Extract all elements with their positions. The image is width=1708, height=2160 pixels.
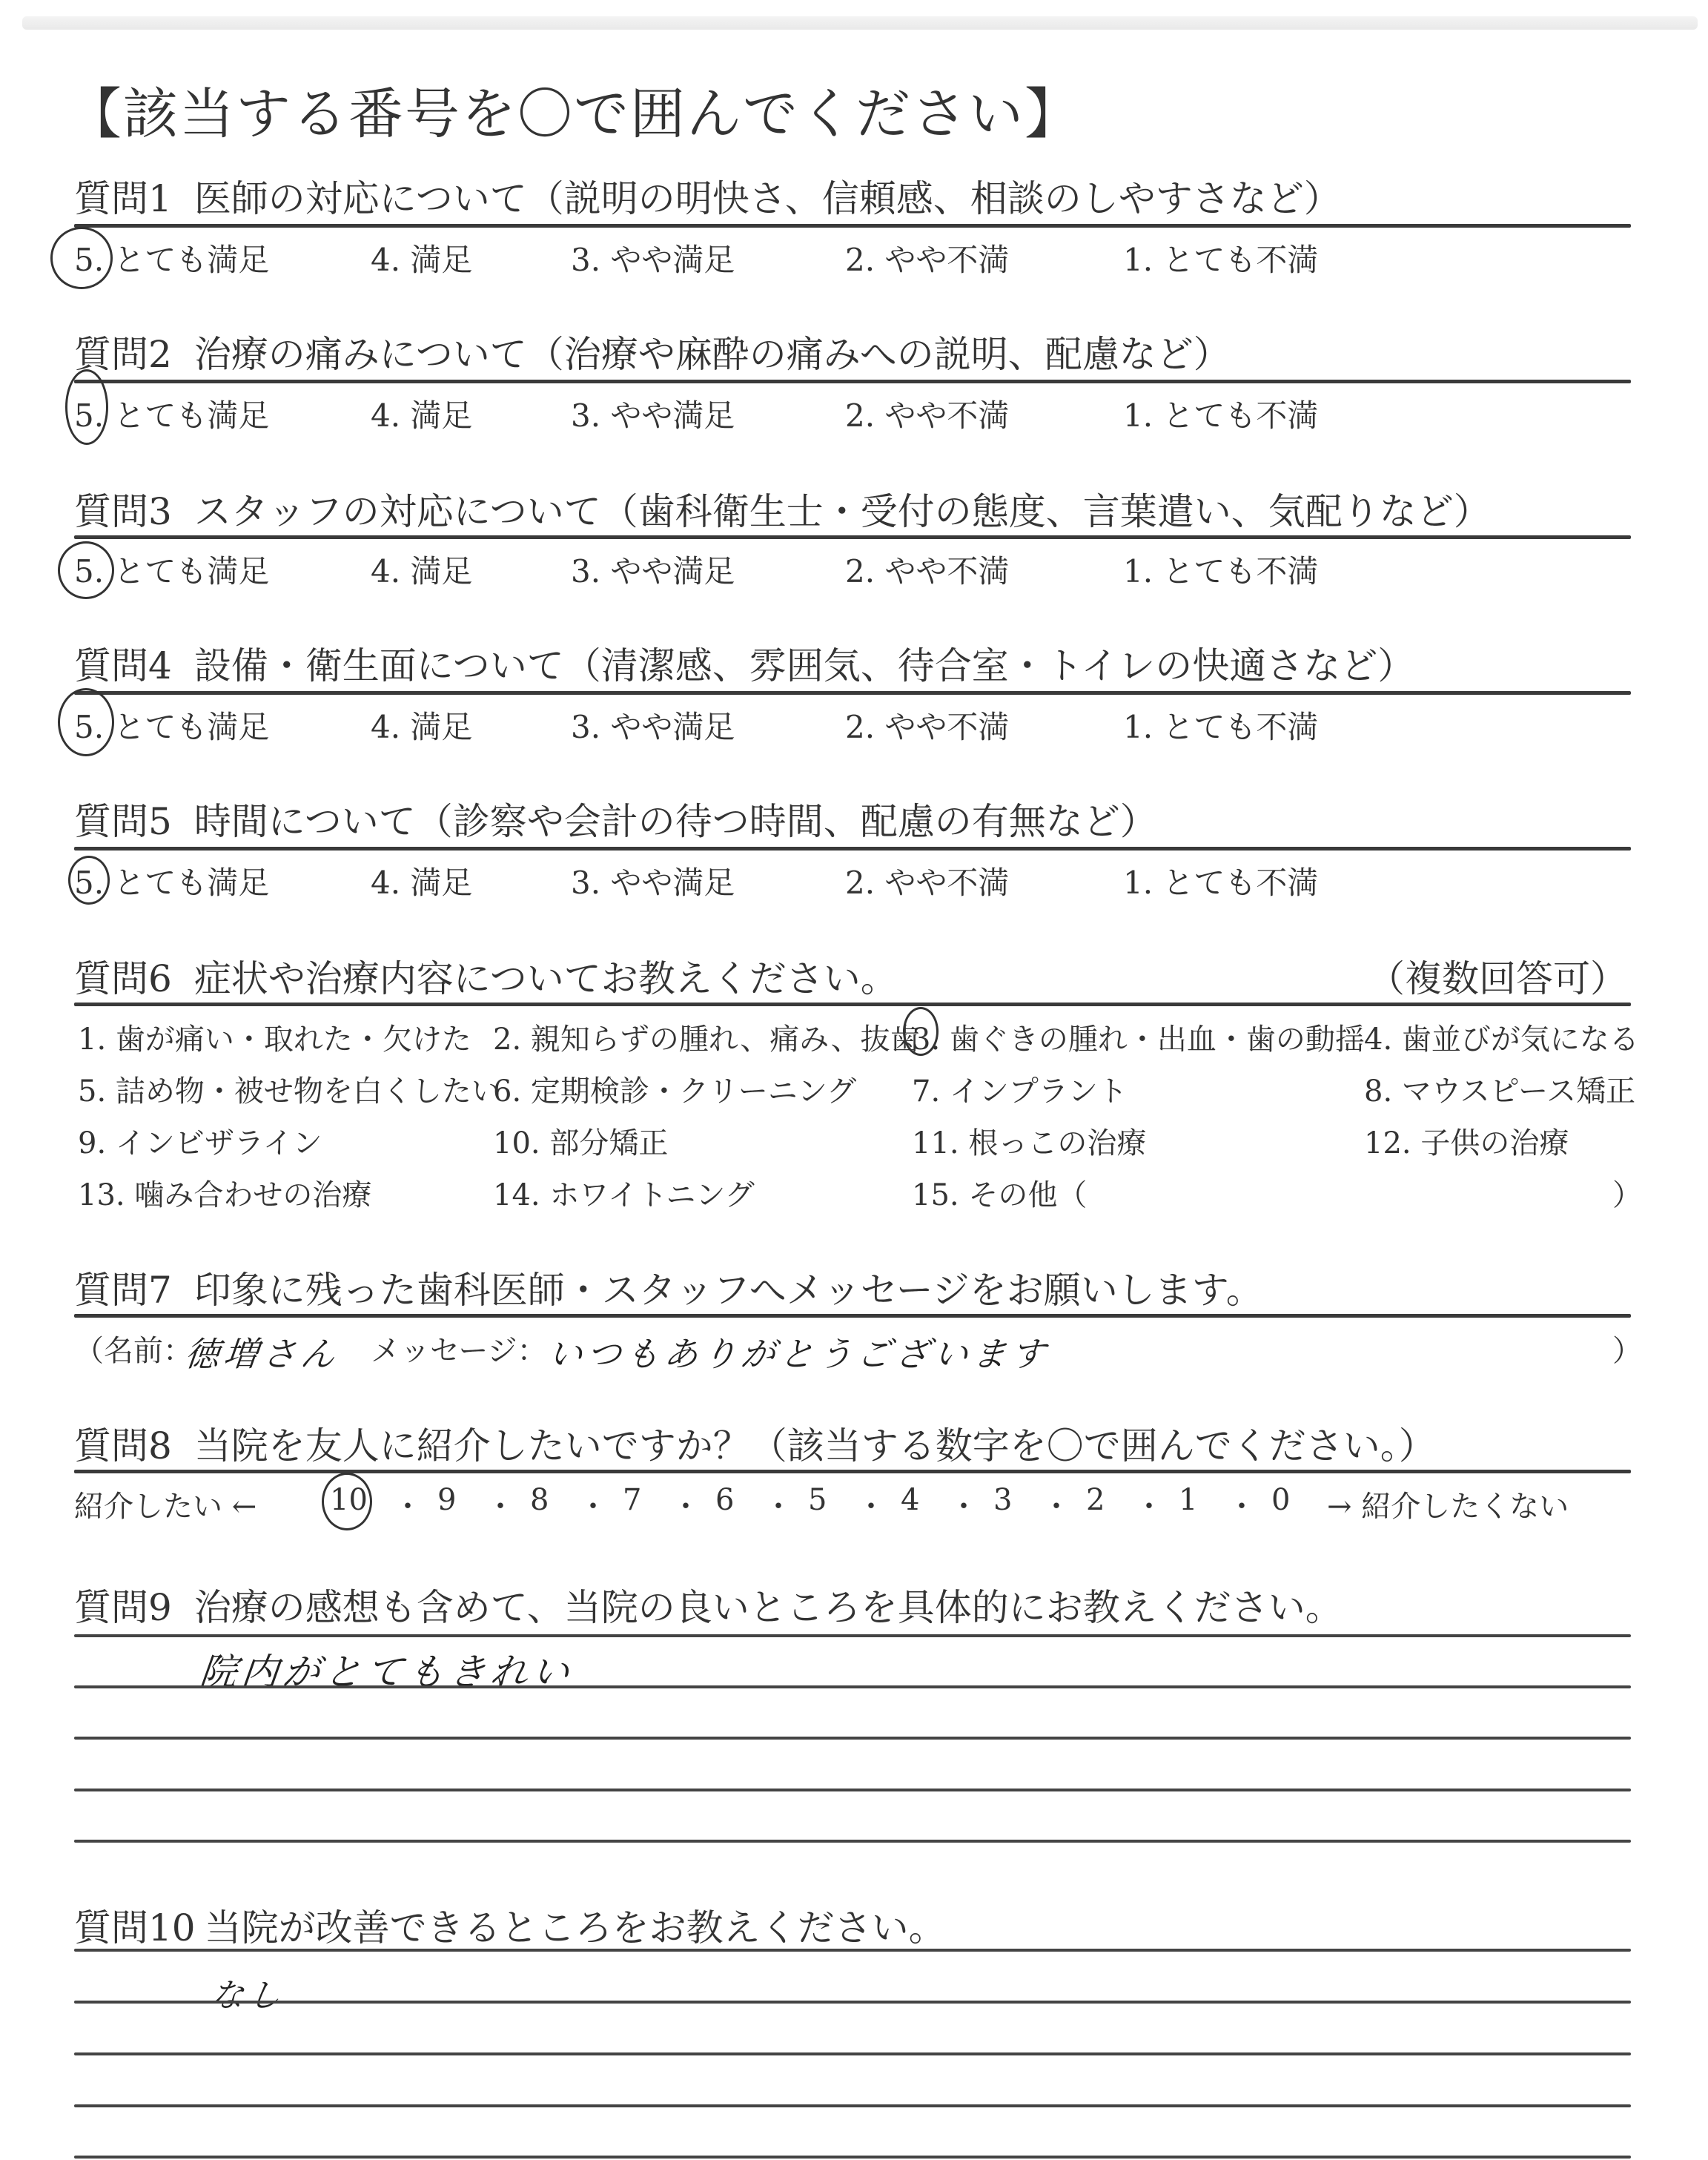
separator-dot: ・	[949, 1483, 979, 1525]
q1-option-3[interactable]: 3. やや満足	[571, 236, 735, 280]
q1-option-5[interactable]: 5. とても満足	[74, 236, 269, 280]
q4-option-1[interactable]: 1. とても不満	[1123, 703, 1318, 747]
question-2-title: 質問2治療の痛みについて（治療や麻酔の痛みへの説明、配慮など）	[74, 325, 1231, 378]
question-1-title: 質問1医師の対応について（説明の明快さ、信頼感、相談のしやすさなど）	[74, 169, 1341, 222]
q6-option-4[interactable]: 4. 歯並びが気になる	[1364, 1016, 1639, 1058]
q8-value-3[interactable]: 3	[993, 1483, 1012, 1517]
answer-line	[74, 1634, 1631, 1637]
question-7-rule	[74, 1314, 1631, 1318]
page-title: 【該当する番号を〇で囲んでください】	[67, 70, 1081, 149]
separator-dot: ・	[1227, 1483, 1257, 1525]
question-10-text: 当院が改善できるところをお教えください。	[205, 1906, 946, 1949]
question-5-text: 時間について（診察や会計の待つ時間、配慮の有無など）	[194, 800, 1157, 843]
q6-option-7[interactable]: 7. インプラント	[912, 1068, 1128, 1110]
question-10-title: 質問10当院が改善できるところをお教えください。	[74, 1898, 946, 1952]
q6-option-10[interactable]: 10. 部分矯正	[493, 1120, 668, 1162]
q3-option-4[interactable]: 4. 満足	[371, 547, 472, 592]
question-3-title: 質問3スタッフの対応について（歯科衛生士・受付の態度、言葉遣い、気配りなど）	[74, 482, 1491, 535]
question-6-title: 質問6症状や治療内容についてお教えください。	[74, 949, 898, 1003]
q7-name-label: （名前：	[74, 1327, 193, 1370]
q7-close-paren: ）	[1612, 1327, 1642, 1370]
question-8-title: 質問8当院を友人に紹介したいですか？（該当する数字を〇で囲んでください。）	[74, 1416, 1436, 1470]
q6-option-13[interactable]: 13. 噛み合わせの治療	[78, 1172, 371, 1214]
q3-option-2[interactable]: 2. やや不満	[845, 547, 1009, 592]
q8-value-9[interactable]: 9	[437, 1483, 456, 1517]
question-3-options: 5. とても満足 4. 満足 3. やや満足 2. やや不満 1. とても不満	[74, 547, 1631, 592]
separator-dot: ・	[486, 1483, 515, 1525]
question-9-text: 治療の感想も含めて、当院の良いところを具体的にお教えください。	[194, 1586, 1343, 1629]
q5-option-2[interactable]: 2. やや不満	[845, 859, 1009, 903]
q8-value-2[interactable]: 2	[1086, 1483, 1105, 1517]
question-2-options: 5. とても満足 4. 満足 3. やや満足 2. やや不満 1. とても不満	[74, 392, 1631, 436]
q2-option-2[interactable]: 2. やや不満	[845, 392, 1009, 436]
q5-option-4[interactable]: 4. 満足	[371, 859, 472, 903]
q6-option-2[interactable]: 2. 親知らずの腫れ、痛み、抜歯	[493, 1016, 920, 1058]
q4-option-3[interactable]: 3. やや満足	[571, 703, 735, 747]
answer-line	[74, 1949, 1631, 1952]
q6-option-5[interactable]: 5. 詰め物・被せ物を白くしたい	[78, 1068, 501, 1110]
q2-option-5[interactable]: 5. とても満足	[74, 392, 269, 436]
q8-value-5[interactable]: 5	[808, 1483, 827, 1517]
q5-option-3[interactable]: 3. やや満足	[571, 859, 735, 903]
question-2-rule	[74, 380, 1631, 383]
question-6-text: 症状や治療内容についてお教えください。	[194, 957, 898, 1000]
q2-option-3[interactable]: 3. やや満足	[571, 392, 735, 436]
answer-line	[74, 2052, 1631, 2055]
question-9-label: 質問9	[74, 1586, 172, 1629]
answer-line	[74, 2104, 1631, 2107]
answer-line	[74, 2156, 1631, 2159]
question-1-label: 質問1	[74, 177, 172, 220]
q6-option-6[interactable]: 6. 定期検診・クリーニング	[493, 1068, 856, 1110]
q6-option-12[interactable]: 12. 子供の治療	[1364, 1120, 1569, 1162]
question-5-rule	[74, 847, 1631, 851]
q2-option-1[interactable]: 1. とても不満	[1123, 392, 1318, 436]
q8-value-6[interactable]: 6	[715, 1483, 734, 1517]
q4-option-4[interactable]: 4. 満足	[371, 703, 472, 747]
q5-option-5[interactable]: 5. とても満足	[74, 859, 269, 903]
question-7-label: 質問7	[74, 1269, 172, 1312]
q10-answer-handwritten[interactable]: なし	[209, 1969, 288, 2016]
q8-value-10[interactable]: 10	[330, 1483, 368, 1517]
question-4-options: 5. とても満足 4. 満足 3. やや満足 2. やや不満 1. とても不満	[74, 703, 1631, 747]
q6-option-15-other[interactable]: 15. その他（	[912, 1172, 1087, 1214]
q6-option-14[interactable]: 14. ホワイトニング	[493, 1172, 755, 1214]
question-6-rule	[74, 1003, 1631, 1006]
q1-option-4[interactable]: 4. 満足	[371, 236, 472, 280]
q6-option-1[interactable]: 1. 歯が痛い・取れた・欠けた	[78, 1016, 471, 1058]
question-1-rule	[74, 224, 1631, 228]
question-5-label: 質問5	[74, 800, 172, 843]
question-1-text: 医師の対応について（説明の明快さ、信頼感、相談のしやすさなど）	[194, 177, 1341, 220]
q7-message-handwritten[interactable]: いつもありがとうございます	[546, 1327, 1053, 1376]
question-4-title: 質問4設備・衛生面について（清潔感、雰囲気、待合室・トイレの快適さなど）	[74, 636, 1414, 690]
q3-option-5[interactable]: 5. とても満足	[74, 547, 269, 592]
q5-option-1[interactable]: 1. とても不満	[1123, 859, 1318, 903]
separator-dot: ・	[764, 1483, 793, 1525]
answer-line	[74, 1840, 1631, 1843]
q8-value-7[interactable]: 7	[623, 1483, 641, 1517]
q8-value-8[interactable]: 8	[530, 1483, 549, 1517]
q6-option-9[interactable]: 9. インビザライン	[78, 1120, 322, 1162]
question-7-title: 質問7印象に残った歯科医師・スタッフへメッセージをお願いします。	[74, 1261, 1263, 1314]
q3-option-3[interactable]: 3. やや満足	[571, 547, 735, 592]
answer-line	[74, 1737, 1631, 1740]
q6-option-3[interactable]: 3. 歯ぐきの腫れ・出血・歯の動揺	[912, 1016, 1365, 1058]
q4-option-2[interactable]: 2. やや不満	[845, 703, 1009, 747]
q7-message-label: メッセージ：	[371, 1327, 547, 1370]
q4-option-5[interactable]: 5. とても満足	[74, 703, 269, 747]
q6-other-close-paren: ）	[1612, 1172, 1642, 1214]
separator-dot: ・	[578, 1483, 608, 1525]
q6-option-8[interactable]: 8. マウスピース矯正	[1364, 1068, 1635, 1110]
question-4-text: 設備・衛生面について（清潔感、雰囲気、待合室・トイレの快適さなど）	[194, 644, 1415, 687]
question-10-label: 質問10	[74, 1906, 196, 1949]
separator-dot: ・	[393, 1483, 423, 1525]
question-5-options: 5. とても満足 4. 満足 3. やや満足 2. やや不満 1. とても不満	[74, 859, 1631, 903]
q2-option-4[interactable]: 4. 満足	[371, 392, 472, 436]
q1-option-1[interactable]: 1. とても不満	[1123, 236, 1318, 280]
separator-dot: ・	[671, 1483, 701, 1525]
question-8-label: 質問8	[74, 1424, 172, 1467]
question-7-answer-row: （名前： 徳増さん メッセージ： いつもありがとうございます ）	[74, 1327, 1631, 1372]
separator-dot: ・	[1134, 1483, 1164, 1525]
question-8-scale: 紹介したい ← 10 ・ 9 ・ 8 ・ 7 ・ 6 ・ 5 ・ 4 ・ 3 ・…	[74, 1483, 1631, 1527]
scan-top-edge	[22, 16, 1698, 30]
q8-value-0[interactable]: 0	[1271, 1483, 1290, 1517]
separator-dot: ・	[1042, 1483, 1071, 1525]
question-8-text: 当院を友人に紹介したいですか？（該当する数字を〇で囲んでください。）	[194, 1424, 1436, 1467]
q8-right-label: → 紹介したくない	[1327, 1483, 1569, 1525]
question-6-note: （複数回答可）	[1368, 949, 1627, 1003]
q7-name-handwritten[interactable]: 徳増さん	[183, 1327, 342, 1376]
q8-value-4[interactable]: 4	[901, 1483, 919, 1517]
answer-line	[74, 1685, 1631, 1688]
q8-left-label: 紹介したい ←	[74, 1483, 256, 1525]
question-3-rule	[74, 535, 1631, 539]
question-3-text: スタッフの対応について（歯科衛生士・受付の態度、言葉遣い、気配りなど）	[194, 490, 1491, 533]
question-2-text: 治療の痛みについて（治療や麻酔の痛みへの説明、配慮など）	[194, 333, 1231, 376]
answer-line	[74, 1789, 1631, 1791]
q1-option-2[interactable]: 2. やや不満	[845, 236, 1009, 280]
question-1-options: 5. とても満足 4. 満足 3. やや満足 2. やや不満 1. とても不満	[74, 236, 1631, 280]
question-2-label: 質問2	[74, 333, 172, 376]
q3-option-1[interactable]: 1. とても不満	[1123, 547, 1318, 592]
question-5-title: 質問5時間について（診察や会計の待つ時間、配慮の有無など）	[74, 792, 1157, 845]
question-4-rule	[74, 691, 1631, 695]
question-7-text: 印象に残った歯科医師・スタッフへメッセージをお願いします。	[194, 1269, 1263, 1312]
question-3-label: 質問3	[74, 490, 172, 533]
q6-option-11[interactable]: 11. 根っこの治療	[912, 1120, 1146, 1162]
question-8-rule	[74, 1470, 1631, 1473]
question-9-title: 質問9治療の感想も含めて、当院の良いところを具体的にお教えください。	[74, 1578, 1343, 1631]
question-4-label: 質問4	[74, 644, 172, 687]
question-6-label: 質問6	[74, 957, 172, 1000]
answer-line	[74, 2001, 1631, 2004]
q8-value-1[interactable]: 1	[1179, 1483, 1197, 1517]
separator-dot: ・	[856, 1483, 886, 1525]
